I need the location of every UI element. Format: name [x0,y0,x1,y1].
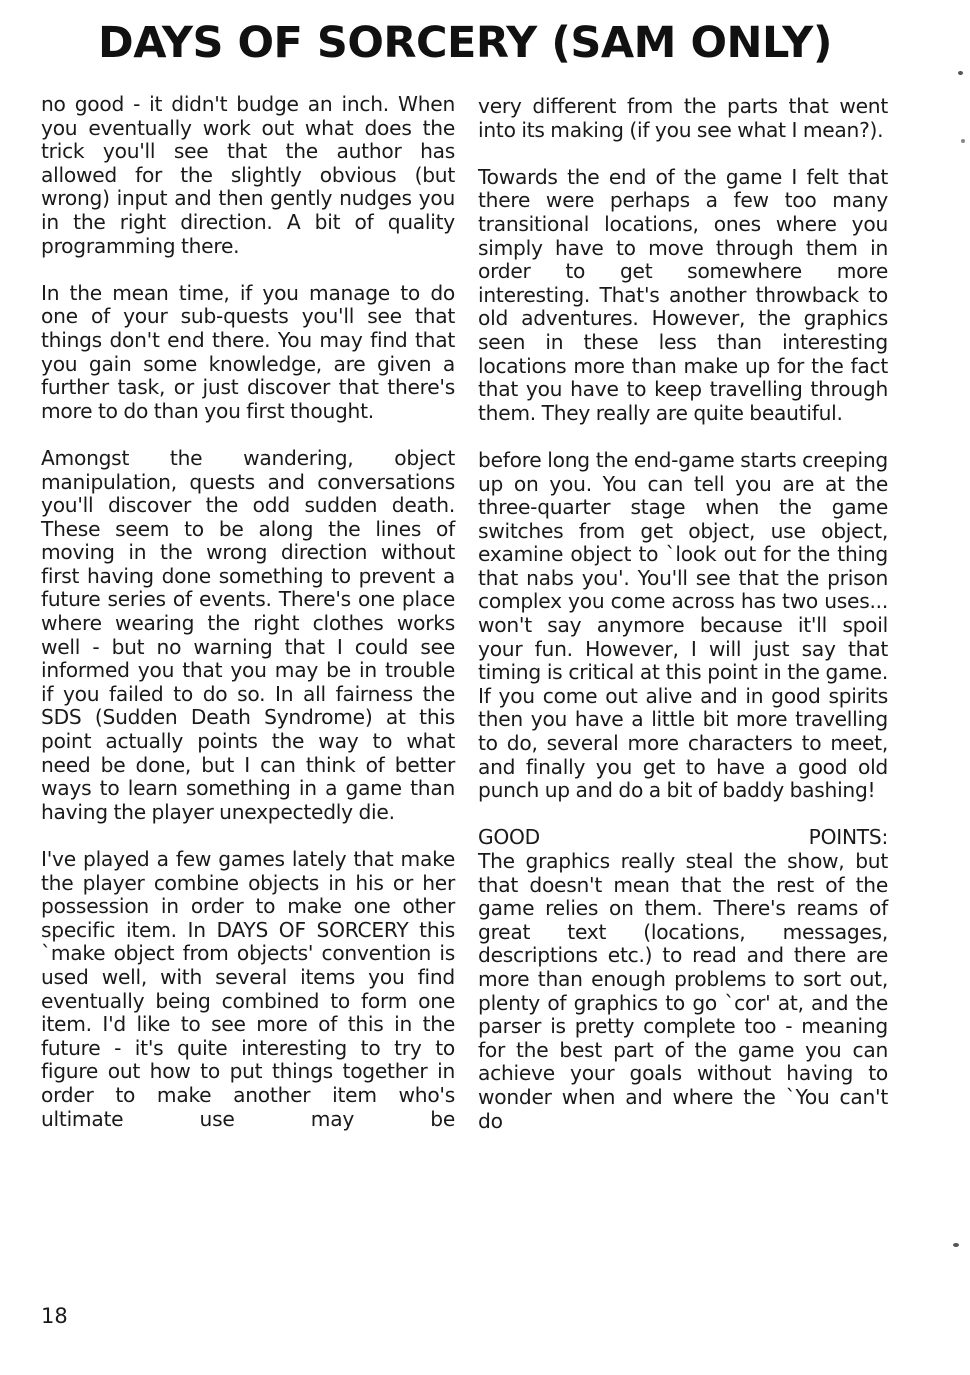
paragraph: Amongst the wandering, object manipulati… [41,447,455,825]
scan-speck-icon [961,139,965,143]
scan-speck-icon [953,1243,959,1247]
paragraph: Towards the end of the game I felt that … [478,166,888,426]
page-number: 18 [41,1304,68,1328]
paragraph: before long the end-game starts creeping… [478,449,888,803]
paragraph: no good - it didn't budge an inch. When … [41,93,455,258]
paragraph: very different from the parts that went … [478,95,888,142]
left-column: no good - it didn't budge an inch. When … [41,93,455,1131]
right-column: very different from the parts that went … [478,95,888,1133]
good-points-heading: GOOD POINTS: [478,826,888,850]
good-points-text: The graphics really steal the show, but … [478,849,888,1133]
good-points-section: GOOD POINTS:The graphics really steal th… [478,826,888,1133]
article-title: DAYS OF SORCERY (SAM ONLY) [0,18,930,68]
paragraph: In the mean time, if you manage to do on… [41,282,455,424]
scan-speck-icon [958,71,963,75]
paragraph: I've played a few games lately that make… [41,848,455,1131]
